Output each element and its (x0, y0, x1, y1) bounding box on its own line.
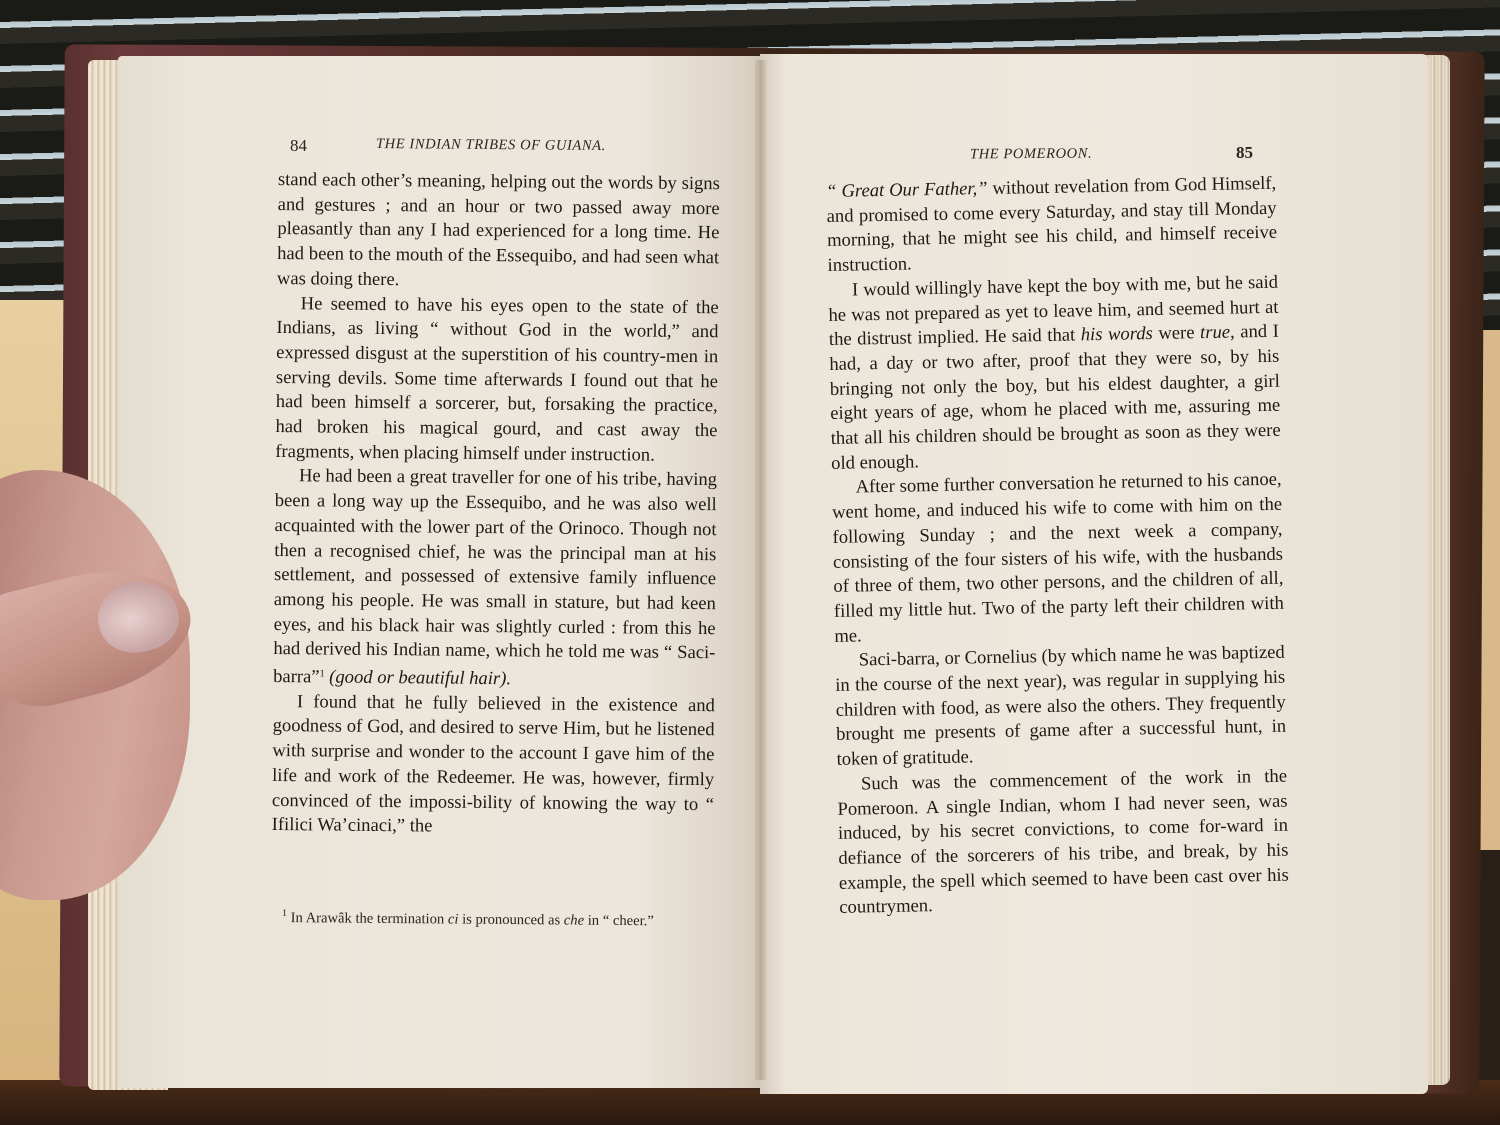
paragraph: Such was the commencement of the work in… (837, 765, 1290, 921)
book-gutter (755, 60, 767, 1080)
page-number-left: 84 (290, 136, 307, 156)
paragraph: He had been a great traveller for one of… (273, 464, 717, 694)
footnote: 1 In Arawâk the termination ci is pronou… (282, 908, 732, 931)
left-page-body: stand each other’s meaning, helping out … (272, 168, 720, 842)
paragraph: I would willingly have kept the boy with… (828, 271, 1282, 477)
paragraph: Saci-barra, or Cornelius (by which name … (835, 641, 1287, 773)
running-head-left: THE INDIAN TRIBES OF GUIANA. (376, 136, 606, 155)
paragraph: I found that he fully believed in the ex… (272, 690, 715, 842)
paragraph: After some further conversation he retur… (831, 468, 1284, 649)
italic-gloss: (good or beautiful hair). (329, 667, 511, 690)
page-number-right: 85 (1236, 143, 1253, 163)
running-head-right: THE POMEROON. (970, 146, 1092, 164)
right-page-body: “ Great Our Father,” without revelation … (826, 172, 1290, 921)
paragraph: He seemed to have his eyes open to the s… (275, 292, 719, 469)
paragraph: “ Great Our Father,” without revelation … (826, 172, 1278, 279)
footnote-marker: 1 (320, 668, 325, 679)
paragraph: stand each other’s meaning, helping out … (277, 168, 720, 296)
